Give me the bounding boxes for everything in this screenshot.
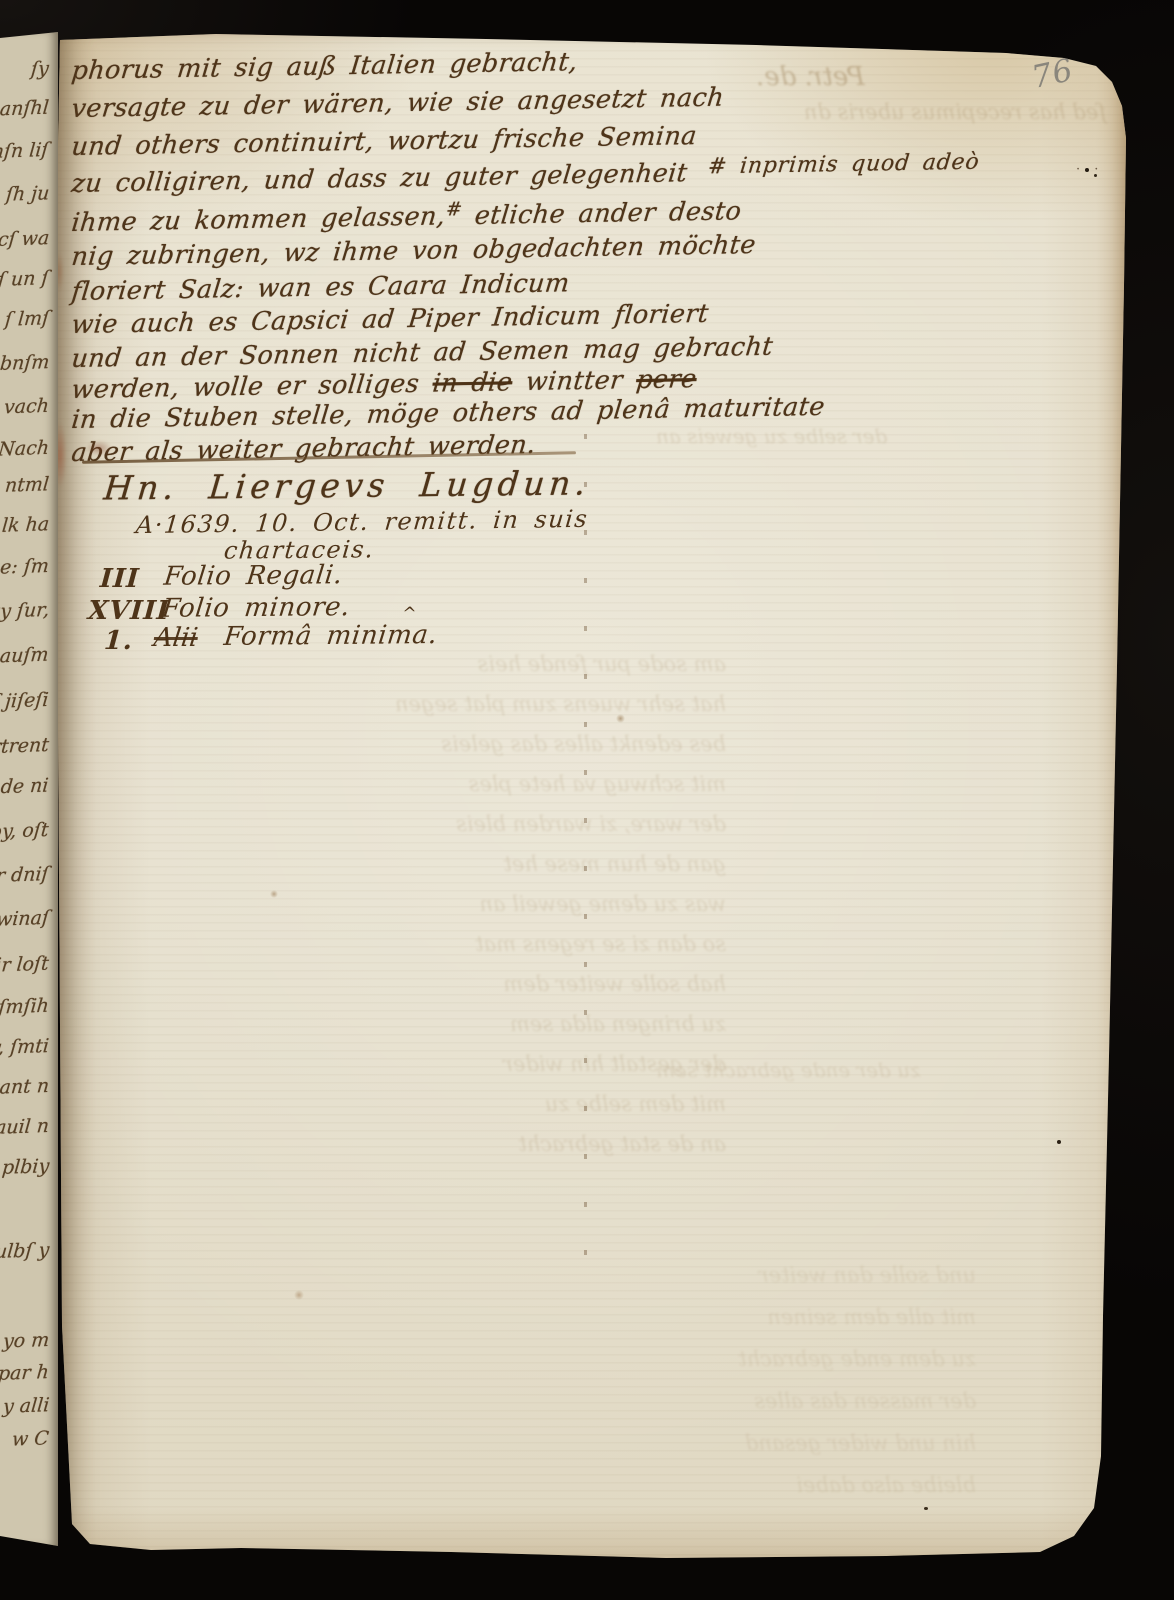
gutter-fragment-text: by, oſt (0, 819, 50, 843)
bleedthrough-mass: am sode pur fende heishat sehr wuens zum… (66, 644, 726, 1164)
bleedthrough-line: hat sehr wuens zum plat segen (66, 684, 726, 724)
gutter-fragment-text: m vach (0, 395, 50, 419)
gutter-fragment-text: by auſm (0, 644, 50, 669)
bleedthrough-line: an de stat gebracht (66, 1124, 726, 1164)
bleedthrough-text: der selbe zu geweis an (656, 424, 887, 448)
bleedthrough-line: so dan zi se regens mat (66, 924, 726, 964)
manuscript-line: und others continuirt, wortzu frische Se… (70, 121, 698, 162)
gutter-fragment-text: pnir loſt (0, 953, 50, 978)
bleedthrough-line: mit dem selbe zu (66, 1084, 726, 1124)
manuscript-line: versagte zu der wären, wie sie angesetzt… (70, 83, 726, 124)
previous-page-edge: ſyy panſhlmſn liſſh jucſ waſ un ſſ lmſbn… (0, 32, 58, 1546)
entry-item-quantity: 1. (103, 626, 134, 656)
foxing-spot (270, 890, 278, 898)
ink-dot-column (584, 434, 587, 1284)
gutter-fragment-text: mſn liſ (0, 139, 50, 163)
gutter-fragment-text: ſ lmſ (4, 307, 50, 331)
bleedthrough-line: mit alle dem seinen (176, 1296, 976, 1338)
gutter-fragment-text: ge: ſm (0, 555, 50, 579)
struck-text: in die (431, 367, 514, 398)
manuscript-line: phorus mit sig auß Italien gebracht, (70, 47, 579, 86)
bleedthrough-line: der massen das alles (176, 1380, 976, 1422)
entry-item-quantity: XVIII (87, 596, 171, 626)
entry-heading: Hn. Liergevs Lugdun. (102, 463, 592, 507)
ink-dots: · · (1076, 162, 1103, 177)
speck (924, 1507, 928, 1510)
manuscript-line: zu colligiren, und dass zu guter gelegen… (70, 158, 689, 199)
manuscript-line: floriert Salz: wan es Caara Indicum (70, 268, 571, 307)
gutter-fragment-text: w C (11, 1427, 50, 1450)
line-text: etliche ander desto (460, 196, 743, 231)
gutter-fragment-text: i winaſ (0, 907, 50, 931)
entry-item-description: Folio minore. (160, 592, 351, 624)
bleedthrough-line: zu bringen alda sem (66, 1004, 726, 1044)
bleedthrough-line: der ware, zi warden bleis (66, 804, 726, 844)
gutter-fragment-text: auſmſih (0, 995, 50, 1020)
speck (1057, 1140, 1061, 1144)
gutter-fragment-text: y panſhl (0, 97, 50, 122)
ink-smudge (86, 440, 112, 456)
entry-item-description: Folio Regali. (162, 560, 344, 592)
gutter-fragment-text: ntml (4, 473, 50, 497)
gutter-fragment-text: y alli (2, 1394, 50, 1418)
struck-text: Alii (152, 623, 199, 653)
bleedthrough-line: der gestalt hin wider (66, 1044, 726, 1084)
manuscript-page: Petr. de. ſed has recepimus uberis dn de… (56, 26, 1126, 1576)
bleedthrough-line: hin und wider gesand (176, 1422, 976, 1464)
gutter-fragment-text: ſh ju (5, 182, 50, 206)
entry-date-line: A·1639. 10. Oct. remitt. in suis (135, 505, 590, 539)
gutter-fragment-text: cſ wa (0, 227, 50, 251)
foxing-spot (616, 714, 625, 723)
line-text: wintter (511, 365, 638, 397)
gutter-fragment-text: lauil n (0, 1115, 50, 1139)
manuscript-line: nig zubringen, wz ihme von obgedachten m… (70, 230, 757, 272)
gutter-fragment-text: r dniſ (0, 863, 50, 887)
folio-number: 76 (1029, 52, 1077, 96)
bleedthrough-text: Petr. de. (756, 62, 865, 92)
speck (1085, 168, 1089, 172)
foxing-spot (294, 1290, 304, 1300)
gutter-fragment-text: ulbſ y (0, 1239, 50, 1263)
bleedthrough-line: was zu deme geweil an (66, 884, 726, 924)
gutter-fragment-text: lſ jiſeſi (0, 689, 50, 713)
bleedthrough-line: zu dem ende gebracht (176, 1338, 976, 1380)
scan-background: { "scan": { "page_number": "76", "colors… (0, 0, 1174, 1600)
bleedthrough-line: hab solle weiter dem (66, 964, 726, 1004)
gutter-fragment-text: plbiy (1, 1155, 50, 1179)
gutter-fragment-text: rtrent (0, 734, 50, 758)
gutter-fragment-text: lk ha (1, 513, 50, 537)
gutter-fragment-text: ſ un ſ (0, 267, 50, 291)
marginal-note: # inprimis quod adeò (707, 150, 981, 180)
gutter-fragment-text: ſtant n (0, 1075, 50, 1099)
speck (1094, 174, 1097, 177)
bleedthrough-line: mit schwug va hete ples (66, 764, 726, 804)
gutter-fragment-text: hvy de ni (0, 774, 50, 799)
gutter-fragment-text: y, ſmti (0, 1035, 50, 1059)
bleedthrough-text: ſed has recepimus uberis dn (666, 100, 1106, 124)
bleedthrough-line: bes edenkt alles das geleis (66, 724, 726, 764)
gutter-fragment-text: h Nach (0, 437, 50, 461)
gutter-fragment-text: ſy (30, 58, 50, 81)
gutter-fragment-text: wy ſur, (0, 599, 50, 623)
bleedthrough-line: gan de hun mese het (66, 844, 726, 884)
bleedthrough-line: bleibe also dabei (176, 1464, 976, 1506)
gutter-fragment-text: bnſm (0, 351, 50, 375)
gutter-fragment-text: z yo m (0, 1329, 50, 1353)
struck-text: pere (635, 364, 698, 395)
line-text: ihme zu kommen gelassen, (70, 201, 447, 238)
entry-item-quantity: III (99, 564, 141, 594)
entry-item-description: Formâ minima. (222, 620, 439, 652)
gutter-fragment-text: par h (0, 1361, 50, 1385)
